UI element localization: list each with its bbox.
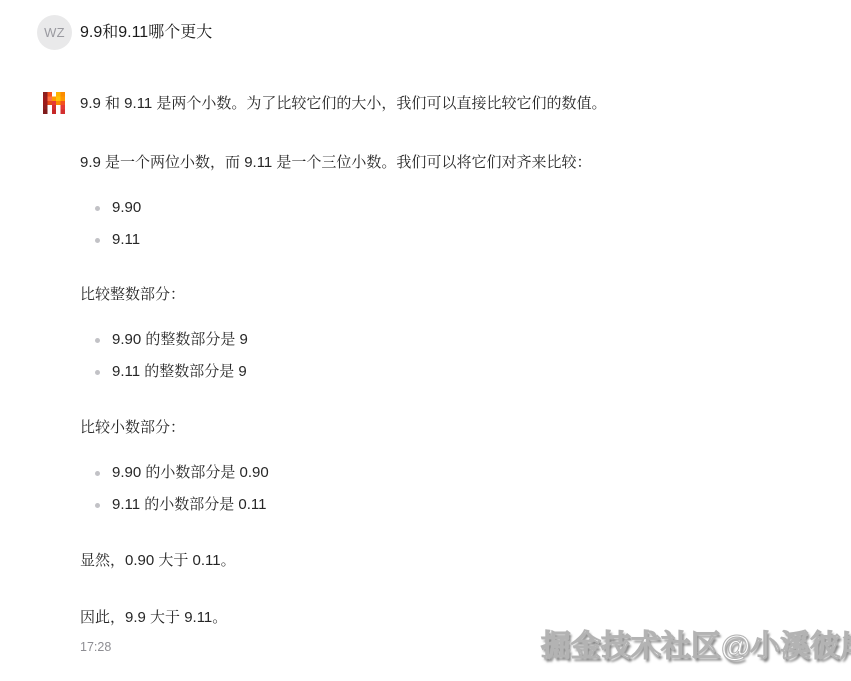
assistant-avatar [43,92,65,114]
final-answer: 因此，9.9 大于 9.11。 [80,606,700,630]
list-item: 9.90 的整数部分是 9 [80,328,700,352]
decimal-part-list: 9.90 的小数部分是 0.90 9.11 的小数部分是 0.11 [80,461,700,517]
user-message-text: 9.9和9.11哪个更大 [80,23,212,42]
list-item: 9.11 的小数部分是 0.11 [80,493,700,517]
decimal-part-heading: 比较小数部分： [80,416,700,440]
user-avatar-initials: WZ [44,25,65,40]
aligned-numbers-list: 9.90 9.11 [80,196,700,252]
user-avatar: WZ [37,15,72,50]
integer-part-heading: 比较整数部分： [80,283,700,307]
comparison-conclusion: 显然，0.90 大于 0.11。 [80,549,700,573]
list-item: 9.90 [80,196,700,220]
assistant-paragraph-align: 9.9 是一个两位小数，而 9.11 是一个三位小数。我们可以将它们对齐来比较： [80,151,700,175]
message-timestamp: 17:28 [80,640,700,655]
pixel-m-logo-icon [43,92,65,114]
chat-conversation: WZ 9.9和9.11哪个更大 [0,0,851,681]
list-item: 9.11 [80,228,700,252]
list-item: 9.11 的整数部分是 9 [80,360,700,384]
assistant-message: 9.9 和 9.11 是两个小数。为了比较它们的大小，我们可以直接比较它们的数值… [80,80,700,655]
integer-part-list: 9.90 的整数部分是 9 9.11 的整数部分是 9 [80,328,700,384]
list-item: 9.90 的小数部分是 0.90 [80,461,700,485]
assistant-paragraph-intro: 9.9 和 9.11 是两个小数。为了比较它们的大小，我们可以直接比较它们的数值… [80,92,700,116]
